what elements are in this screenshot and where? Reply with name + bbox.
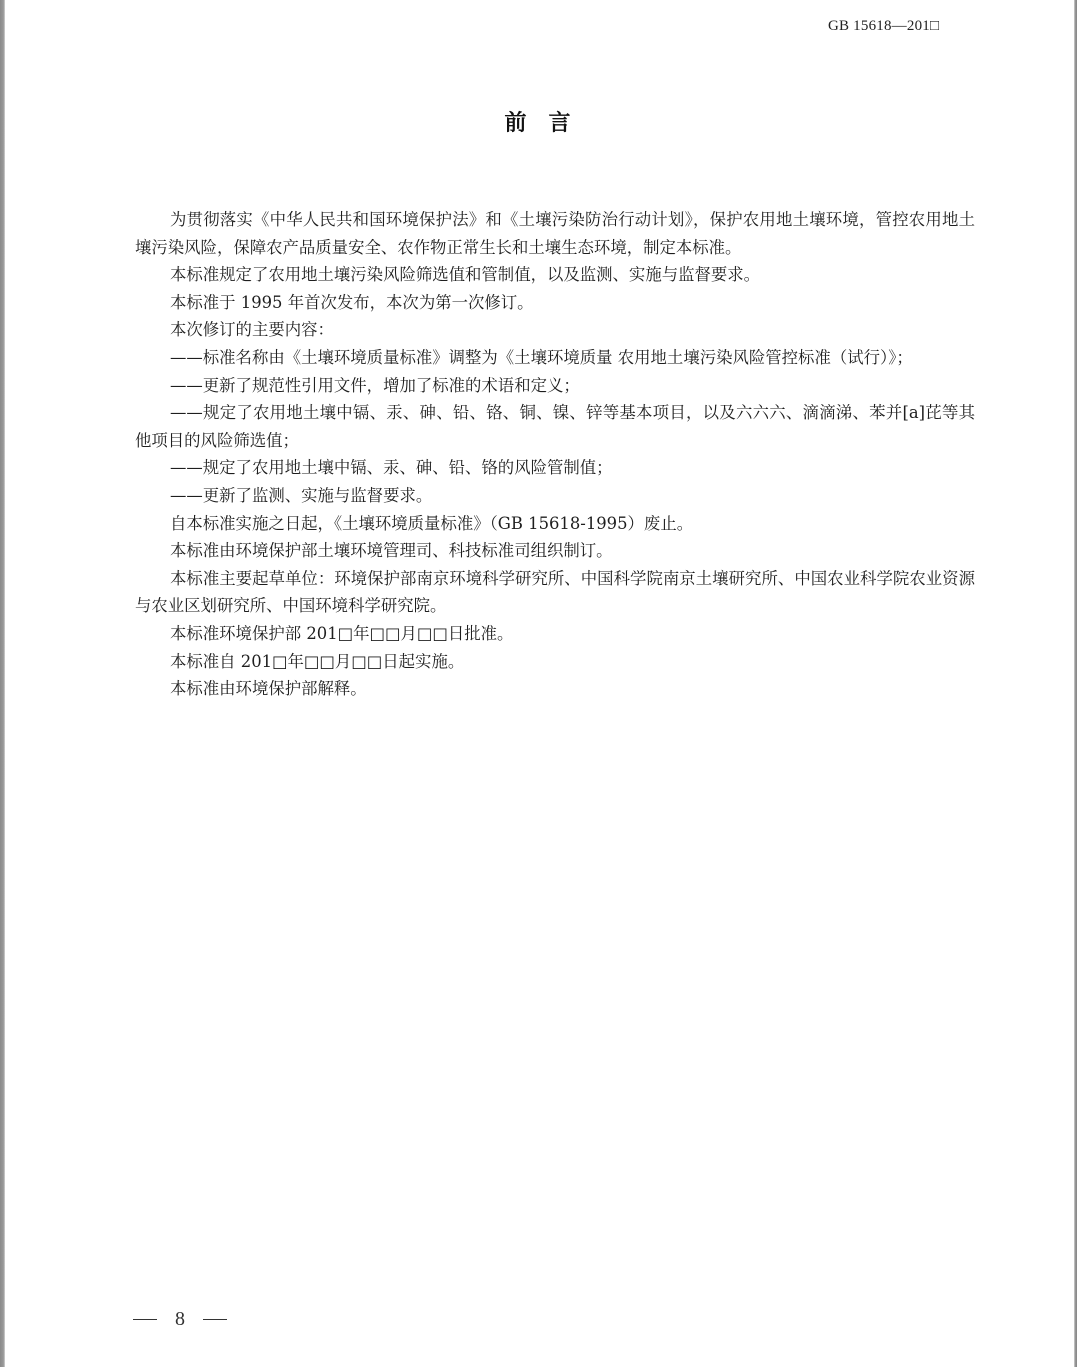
paragraph: 本标准于 1995 年首次发布，本次为第一次修订。 (135, 289, 975, 317)
paragraph: 本标准环境保护部 201□年□□月□□日批准。 (135, 620, 975, 648)
list-item: ——规定了农用地土壤中镉、汞、砷、铅、铬的风险管制值； (135, 454, 975, 482)
standard-number-header: GB 15618—201□ (828, 18, 939, 35)
page-number: 8 (175, 1308, 185, 1331)
list-item: ——更新了监测、实施与监督要求。 (135, 482, 975, 510)
paragraph: 本标准由环境保护部解释。 (135, 675, 975, 703)
paragraph: 本标准主要起草单位：环境保护部南京环境科学研究所、中国科学院南京土壤研究所、中国… (135, 565, 975, 620)
paragraph: 本次修订的主要内容： (135, 316, 975, 344)
page-title: 前言 (0, 106, 1077, 137)
paragraph: 本标准由环境保护部土壤环境管理司、科技标准司组织制订。 (135, 537, 975, 565)
paragraph: 本标准规定了农用地土壤污染风险筛选值和管制值，以及监测、实施与监督要求。 (135, 261, 975, 289)
dash-right (203, 1319, 227, 1320)
paragraph: 为贯彻落实《中华人民共和国环境保护法》和《土壤污染防治行动计划》，保护农用地土壤… (135, 206, 975, 261)
dash-left (133, 1319, 157, 1320)
paragraph: 自本标准实施之日起，《土壤环境质量标准》（GB 15618-1995）废止。 (135, 510, 975, 538)
document-body: 为贯彻落实《中华人民共和国环境保护法》和《土壤污染防治行动计划》，保护农用地土壤… (135, 206, 975, 703)
page-footer: 8 (133, 1308, 227, 1331)
list-item: ——更新了规范性引用文件，增加了标准的术语和定义； (135, 372, 975, 400)
page-edge-left (0, 0, 5, 1367)
paragraph: 本标准自 201□年□□月□□日起实施。 (135, 648, 975, 676)
list-item: ——标准名称由《土壤环境质量标准》调整为《土壤环境质量 农用地土壤污染风险管控标… (135, 344, 975, 372)
list-item: ——规定了农用地土壤中镉、汞、砷、铅、铬、铜、镍、锌等基本项目，以及六六六、滴滴… (135, 399, 975, 454)
